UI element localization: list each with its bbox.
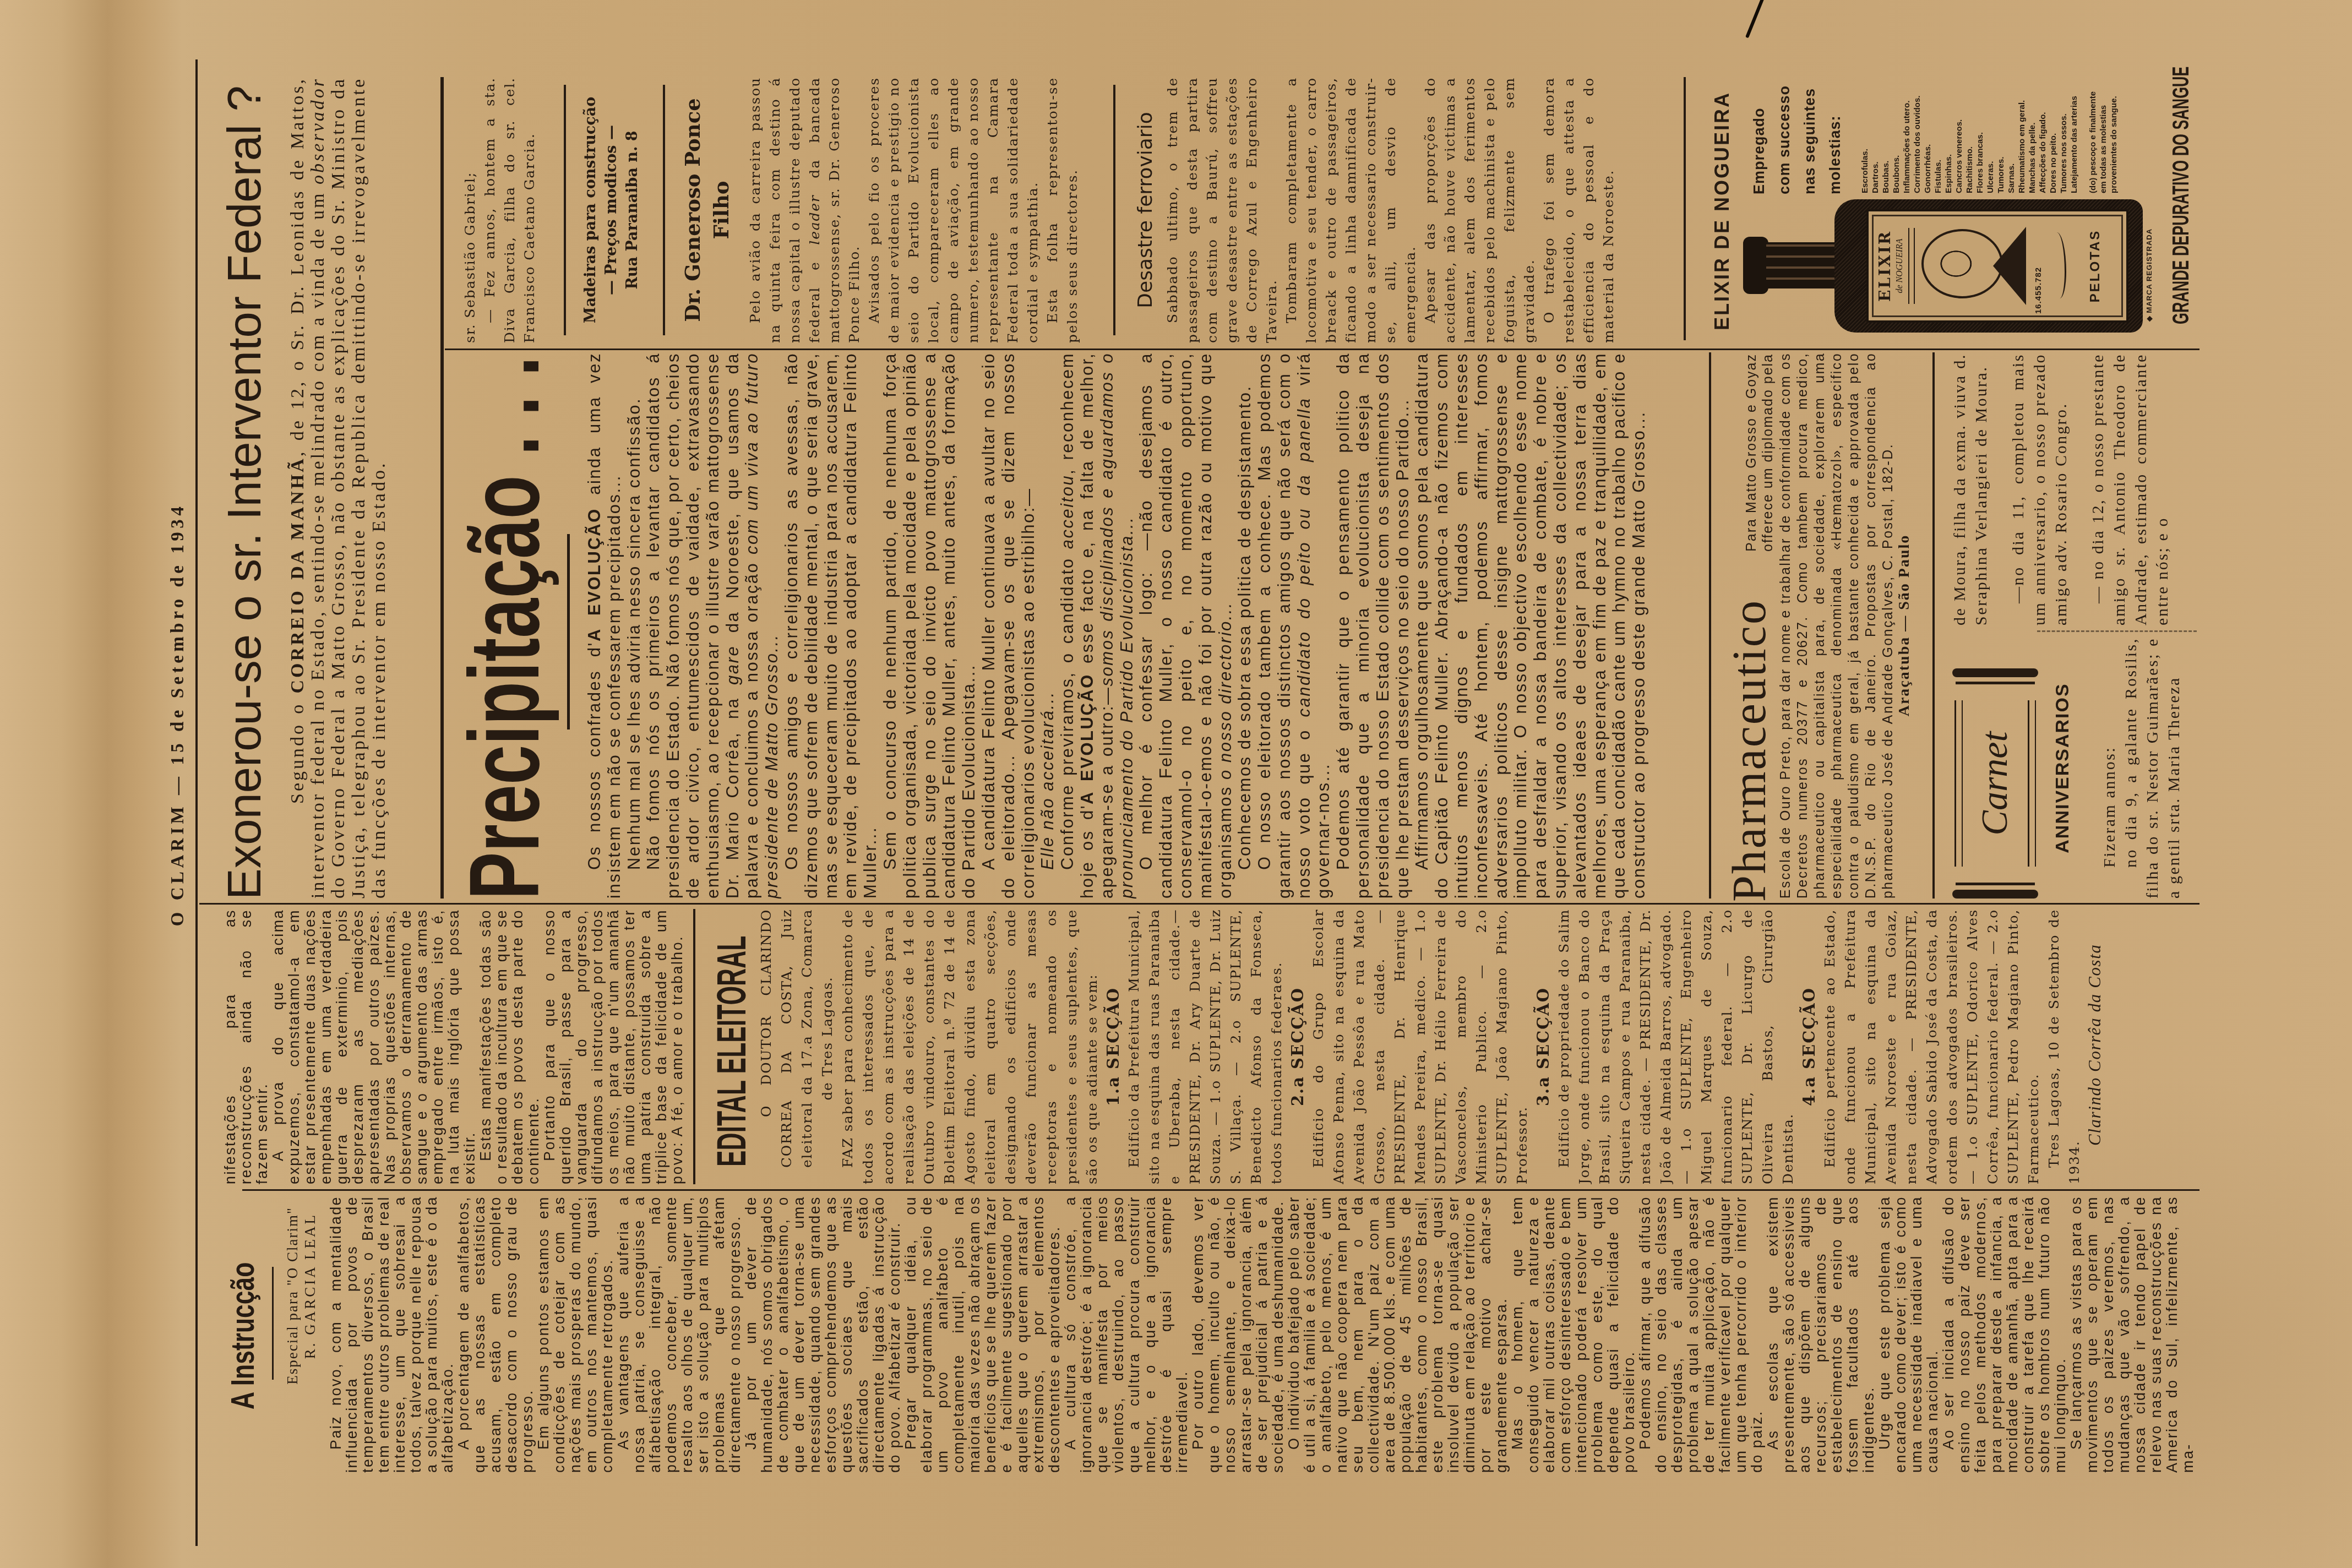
article-body: Paiz novo, com a mentalidade influenciad… — [328, 1196, 2199, 1473]
section-rule — [1932, 352, 1935, 899]
ailment-item: Tumores. — [1996, 75, 2006, 193]
italic-text: gare — [723, 645, 742, 685]
portrait-bust-icon — [1993, 227, 2026, 305]
italic-text: leader — [807, 194, 823, 244]
bold-text: A EVOLUÇÃO — [1077, 673, 1097, 804]
italic-text: Elle não acceitará... — [1038, 691, 1057, 870]
box-border-top — [1954, 700, 1963, 867]
edital-title: EDITAL ELEITORAL — [711, 1012, 753, 1167]
label-name: ELIXIR — [1876, 211, 1894, 320]
section-title: 1.a SECÇÃO — [1103, 909, 1124, 1184]
ailment-item: Dartros. — [1870, 75, 1881, 193]
signature-flourish — [2050, 232, 2066, 298]
section-text: Edificio de propriedade do Salim Jorge, … — [1554, 909, 1798, 1184]
paragraph: Avisados pelo fio os proceres de maior e… — [864, 77, 1043, 343]
paragraph: Podemos até garantir que o pensamento po… — [1333, 352, 1412, 899]
section-title: 4.a SECÇÃO — [1799, 909, 1820, 1184]
paragraph: Não fomos nós os primeiros a levantar ca… — [644, 352, 782, 899]
ailment-item: Escrofulas. — [1860, 75, 1870, 193]
italic-text: acceitou — [1058, 475, 1077, 549]
article-rule — [1709, 352, 1711, 899]
paragraph: O individuo bafejado pelo saber é util a… — [1286, 1196, 1510, 1473]
italic-text: o nosso directorio... — [1216, 602, 1235, 780]
ailment-item: Manchas da pelle. — [2027, 75, 2038, 193]
social-note: — Fez annos, hontem a sta. Diva Garcia, … — [480, 77, 540, 343]
italic-text: observador — [308, 77, 328, 184]
ailment-item: Dores no peito. — [2048, 75, 2059, 193]
paragraph: Podemos afirmar, que a difusão do ensino… — [1637, 1196, 1765, 1473]
paragraph: Portanto para que o nosso querido Brasil… — [542, 909, 685, 1184]
paragraph: Paiz novo, com a mentalidade influenciad… — [328, 1196, 456, 1473]
section-text: Edificio pertencente ao Estado, onde fun… — [1820, 909, 2044, 1184]
headline-line: Filho — [707, 77, 736, 343]
edital-eleitoral: EDITAL ELEITORAL O DOUTOR CLARINDO CORRE… — [711, 909, 2105, 1184]
label-number: 16.455.782 — [2034, 267, 2044, 314]
ad-aside: Para Matto Grosso e Goyaz offerece um di… — [1743, 353, 1776, 599]
paragraph: Ao ser iniciada a difusão do ensino no n… — [1941, 1196, 2068, 1473]
paragraph: A candidatura Felinto Muller continuava … — [979, 352, 1038, 899]
trademark: ◆ MARCA REGISTRADA — [2145, 228, 2154, 322]
bottle-label: ELIXIR de NOGUEIRA 16.455.782 PELOTAS — [1866, 209, 2128, 323]
column-rule — [445, 349, 2199, 350]
section-rule — [1684, 77, 1686, 340]
carnet-box: Carnet — [1952, 668, 2038, 899]
ailment-item: Fistulas. — [1933, 75, 1943, 193]
paragraph: As vantagens que auferia a nossa patria,… — [616, 1196, 743, 1473]
ad-aside-line: offerece um diplomado pela — [1760, 353, 1776, 599]
paragraph: Nenhum mal se lhes adviria nesso sincera… — [624, 352, 644, 899]
italic-text: somos disciplinados e aguardamos o pronu… — [1097, 352, 1136, 899]
ailment-item: Sarnas. — [2006, 75, 2017, 193]
paragraph: Sabbado ultimo, o trem de passageiros qu… — [1163, 77, 1282, 343]
paragraph: Elle não acceitará... — [1038, 352, 1058, 899]
ailment-item: Rheumatismo em geral. — [2017, 75, 2027, 193]
paragraph: Esta folha representou-se pelos seus dir… — [1043, 77, 1082, 343]
edital-body: FAZ saber para conhecimento de todos os … — [837, 909, 1102, 1184]
paragraph: Urge que este problema seja encarado com… — [1877, 1196, 1941, 1473]
birthday-intro: Fizeram annos: — [2099, 638, 2120, 899]
section-rule — [564, 85, 566, 335]
paragraph: Affirmamos orgulhosamente que somos pela… — [1412, 352, 1649, 899]
paragraph: A prova do que acima expuzemos, constata… — [270, 909, 478, 1184]
ad-aside-line: Para Matto Grosso e Goyaz — [1743, 353, 1760, 599]
ad-title: ELIXIR DE NOGUEIRA — [1710, 91, 1734, 330]
column-rule — [242, 1189, 2199, 1191]
headline: Precipitação . . . — [453, 356, 557, 900]
section-title: 2.a SECÇÃO — [1288, 909, 1308, 1184]
paragraph: Pregar qualquer idéia, ou elaborar progr… — [903, 1196, 1063, 1473]
ailment-closing: (do) pescoço e finalmente em todas as mo… — [2088, 78, 2119, 193]
paragraph: As escolas que existem presentemente, sã… — [1765, 1196, 1877, 1473]
bottle-illustration: ELIXIR de NOGUEIRA 16.455.782 PELOTAS — [1742, 199, 2144, 333]
article-body: Pelo avião da carreira passou na quinta … — [745, 77, 1082, 343]
social-note: sr. Sebastião Gabriel; — [460, 77, 480, 343]
italic-text: candidato do peito ou da panella — [1294, 398, 1314, 717]
ad-address: Rua Paranaiba n. 8 — [622, 77, 643, 343]
ailment-item: Boubons. — [1891, 75, 1902, 193]
ad-body: Escola de Ouro Preto, para dar nome e tr… — [1777, 352, 1897, 899]
article-title: A Instrucção — [224, 1262, 262, 1409]
section-rule — [663, 85, 665, 335]
edital-signature: Clarindo Corrêa da Costa — [2084, 909, 2105, 1184]
ad-slogan: GRANDE DEPURATIVO DO SANGUE — [2167, 67, 2195, 324]
diamond-icon: ◆ — [2145, 313, 2153, 322]
ad-line: — Preços modicos — — [601, 77, 622, 343]
article-rule — [440, 77, 444, 899]
column-rule — [199, 903, 2199, 905]
paragraph: Os nossos amigos e correligionarios as a… — [782, 352, 880, 899]
headline: Exonerou-se o sr. Interventor Federal ? — [219, 85, 271, 900]
ailment-item: Affecções do figado. — [2038, 75, 2048, 193]
paragraph: Estas manifestações todas são o resultad… — [478, 909, 542, 1184]
headline-line: Dr. Generoso Ponce — [678, 77, 707, 343]
ailment-item: Gonorrhéas. — [1923, 75, 1933, 193]
masthead: O CLARIM — 15 de Setembro de 1934 — [167, 494, 189, 935]
ailment-list: Escrofulas.Dartros.Boubas.Boubons.Inflam… — [1860, 75, 2079, 193]
birthday-list: Fizeram annos: no dia 9, a galante Rosil… — [2099, 638, 2199, 899]
label-subname: de NOGUEIRA — [1895, 211, 1905, 320]
paragraph: Os nossos confrades d'A EVOLUÇÃO ainda u… — [585, 352, 624, 899]
newspaper-page: O CLARIM — 15 de Setembro de 1934 A Inst… — [0, 0, 2352, 1568]
section-text: Edificio do Grupo Escolar Afonso Penna, … — [1308, 909, 1532, 1184]
portrait-icon — [1921, 229, 2003, 298]
italic-text: com um viva ao futuro presidente de Matt… — [742, 352, 781, 899]
edital-text: O DOUTOR CLARINDO CORREA DA COSTA, Juiz … — [756, 909, 2105, 1184]
ad-title: Madeiras para construcção — [580, 77, 601, 343]
trademark-text: MARCA REGISTRADA — [2145, 228, 2153, 313]
ailment-item: Espinhas. — [1943, 75, 1954, 193]
tagline-line: Empregado — [1746, 77, 1772, 194]
paragraph: A porcentagem de analfabetos, que as nos… — [456, 1196, 536, 1473]
box-border-bottom — [2028, 700, 2036, 867]
paragraph: Apesar das proporções do accidente, não … — [1420, 77, 1539, 343]
paragraph: A cultura só constróe, a ignorancia dest… — [1063, 1196, 1190, 1473]
ailment-item: Cancros venereos. — [1954, 75, 1964, 193]
bottle-cap — [1743, 237, 1768, 294]
article-continuation: nifestações para as reconstrucções ainda… — [222, 909, 685, 1184]
paragraph: Se lançarmos as vistas para os movimento… — [2068, 1196, 2196, 1473]
ailment-item: Flores brancas. — [1975, 75, 1985, 193]
article-desastre: Desastre ferroviario Sabbado ultimo, o t… — [1132, 77, 1619, 343]
section-rule — [693, 909, 695, 1184]
ad-madeiras: Madeiras para construcção — Preços modic… — [580, 77, 643, 343]
paragraph: O nosso eleitorado tambem a conhece. Mas… — [1255, 352, 1333, 899]
section-rule — [1113, 85, 1115, 335]
paragraph: O melhor é confessar logo: —não desejamo… — [1136, 352, 1235, 899]
ad-location: Araçatuba — São Paulo — [1895, 352, 1914, 899]
paragraph: Segundo o CORREIO DA MANHÃ, de 12, o Sr.… — [287, 77, 389, 899]
column-5: sr. Sebastião Gabriel;— Fez annos, honte… — [460, 77, 1679, 343]
byline-author: R. GARCIA LEAL — [302, 1213, 318, 1473]
masthead-rule — [195, 59, 198, 1546]
paragraph: Conforme previramos, o candidato acceito… — [1058, 352, 1136, 899]
headline: Dr. Generoso Ponce Filho — [678, 77, 736, 343]
article-body: Os nossos confrades d'A EVOLUÇÃO ainda u… — [585, 352, 1702, 899]
ailment-item: Corrimento dos ouvidos. — [1912, 75, 1923, 193]
column-rule — [2037, 630, 2197, 632]
headline: Desastre ferroviario — [1132, 77, 1159, 343]
paragraph: nifestações para as reconstrucções ainda… — [222, 909, 270, 1184]
title-underline — [272, 1267, 274, 1380]
section-text: Edificio da Prefeitura Municipal, sito n… — [1124, 909, 1287, 1184]
birthday-entry: no dia 9, a galante Rosilis, filha do sr… — [2120, 638, 2185, 899]
tagline-line: com successo — [1772, 77, 1797, 194]
ad-tagline: Empregado com successo nas seguintes mol… — [1746, 77, 1848, 194]
paragraph: O trafego foi sem demora restabelecido, … — [1539, 77, 1619, 343]
ailment-item: Latejamento das arterias — [2069, 75, 2079, 193]
bottle-neck — [1766, 242, 1839, 288]
headline-underline — [567, 534, 570, 729]
section-title: 3.a SECÇÃO — [1533, 909, 1554, 1184]
column-2: nifestações para as reconstrucções ainda… — [222, 909, 2199, 1184]
edital-date: Tres Lagoas, 10 de Setembro de 1934. — [2044, 909, 2084, 1184]
article-body: Sabbado ultimo, o trem de passageiros qu… — [1163, 77, 1619, 343]
label-rule — [1908, 228, 1915, 304]
ailment-item: Ulceras. — [1985, 75, 1996, 193]
birthday-entry: —no dia 11, completou mais um anniversar… — [2007, 353, 2072, 625]
birthday-entry: de Moura, filha da exma. viuva d. Seraph… — [1949, 353, 1992, 625]
ailment-item: Tumores nos ossos. — [2059, 75, 2069, 193]
tagline-line: molestias: — [1822, 77, 1848, 194]
birthday-list-continued: de Moura, filha da exma. viuva d. Seraph… — [1949, 353, 2199, 625]
edital-preamble: O DOUTOR CLARINDO CORREA DA COSTA, Juiz … — [756, 909, 837, 1184]
ailment-item: Boubas. — [1881, 75, 1891, 193]
paragraph: Sem o concurso de nenhum partido, de nen… — [880, 352, 979, 899]
article-generoso: Dr. Generoso Ponce Filho Pelo avião da c… — [678, 77, 1082, 343]
ad-title: Pharmaceutico — [1723, 599, 1776, 902]
paragraph: Tombaram completamente a locomotiva e se… — [1282, 77, 1420, 343]
paragraph: Pelo avião da carreira passou na quinta … — [745, 77, 864, 343]
bold-text: CORREIO DA MANHÃ — [287, 456, 308, 693]
social-notes: sr. Sebastião Gabriel;— Fez annos, honte… — [460, 77, 540, 343]
section-heading: ANNIVERSARIOS — [2051, 638, 2073, 899]
paragraph: Já por um dever de humanidade, nós somos… — [743, 1196, 903, 1473]
ailment-item: Inflammações do utero. — [1902, 75, 1912, 193]
paragraph: Por outro lado, devemos ver que o homem,… — [1190, 1196, 1286, 1473]
paragraph: Em alguns pontos estamos em condicções d… — [536, 1196, 616, 1473]
byline-source: Especial para "O Clarim" — [284, 1207, 301, 1473]
birthday-entry: — no dia 12, o nosso prestante amigo sr.… — [2087, 353, 2173, 625]
article-body: Segundo o CORREIO DA MANHÃ, de 12, o Sr.… — [287, 77, 389, 899]
tagline-line: nas seguintes — [1797, 77, 1822, 194]
paragraph: Conhecemos de sobra essa politica de des… — [1235, 352, 1255, 899]
ailment-item: Rachitismo. — [1964, 75, 1975, 193]
paragraph: Mas o homem, que tem conseguido vencer a… — [1510, 1196, 1637, 1473]
label-city: PELOTAS — [2088, 211, 2103, 320]
carnet-label: Carnet — [1971, 668, 2017, 899]
bold-text: A EVOLUÇÃO — [585, 508, 604, 641]
